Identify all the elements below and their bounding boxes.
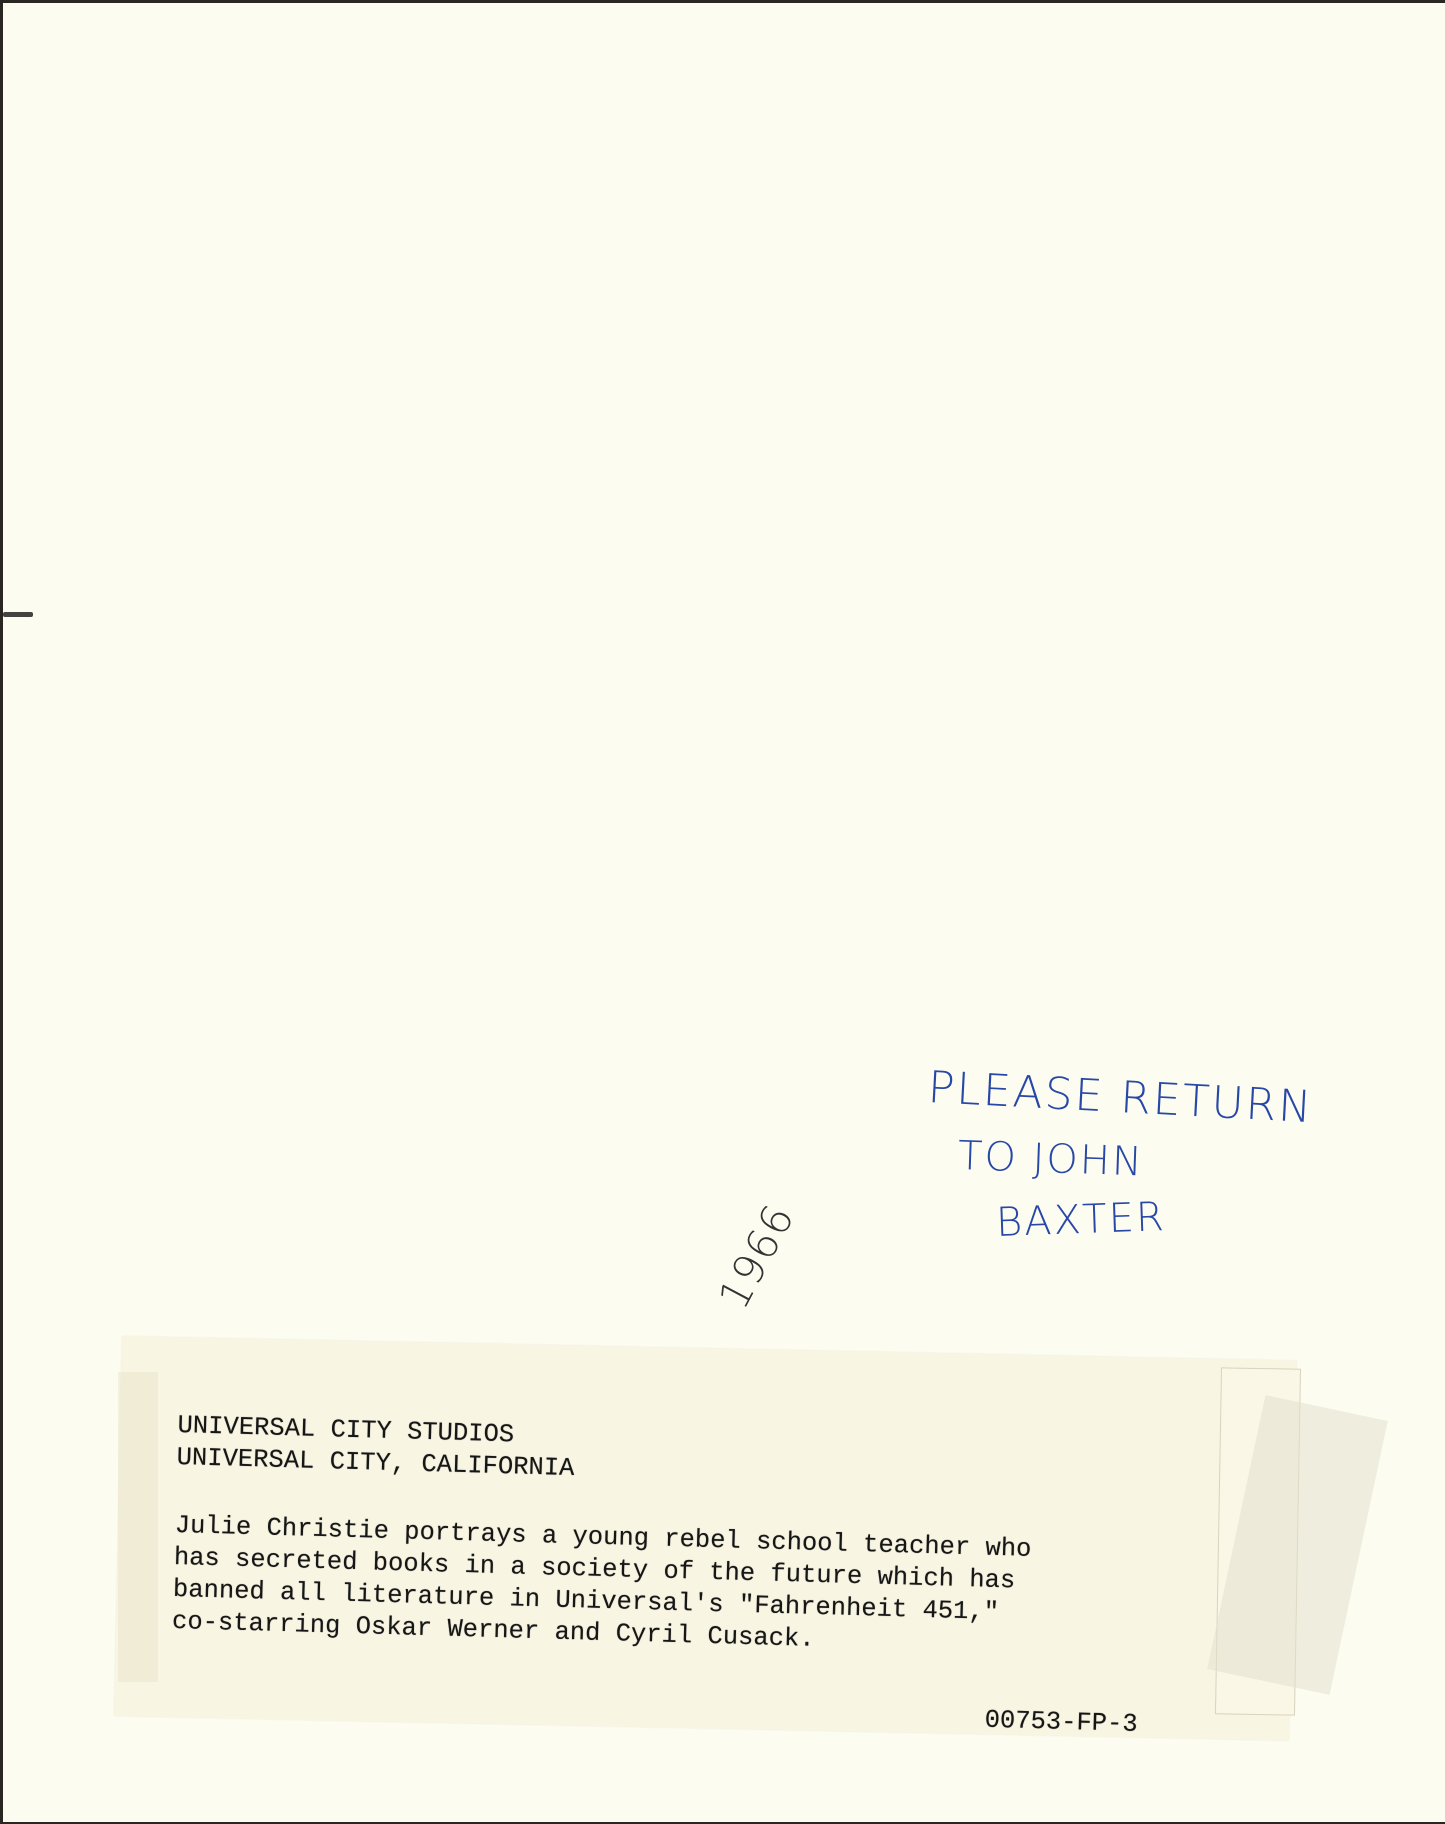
handwritten-line: TO JOHN bbox=[957, 1133, 1144, 1185]
typed-caption: UNIVERSAL CITY STUDIOS UNIVERSAL CITY, C… bbox=[172, 1410, 1238, 1668]
edge-mark bbox=[3, 612, 33, 617]
tape-left bbox=[118, 1372, 158, 1682]
reference-code: 00753-FP-3 bbox=[984, 1705, 1138, 1741]
handwritten-line: BAXTER bbox=[995, 1194, 1166, 1246]
